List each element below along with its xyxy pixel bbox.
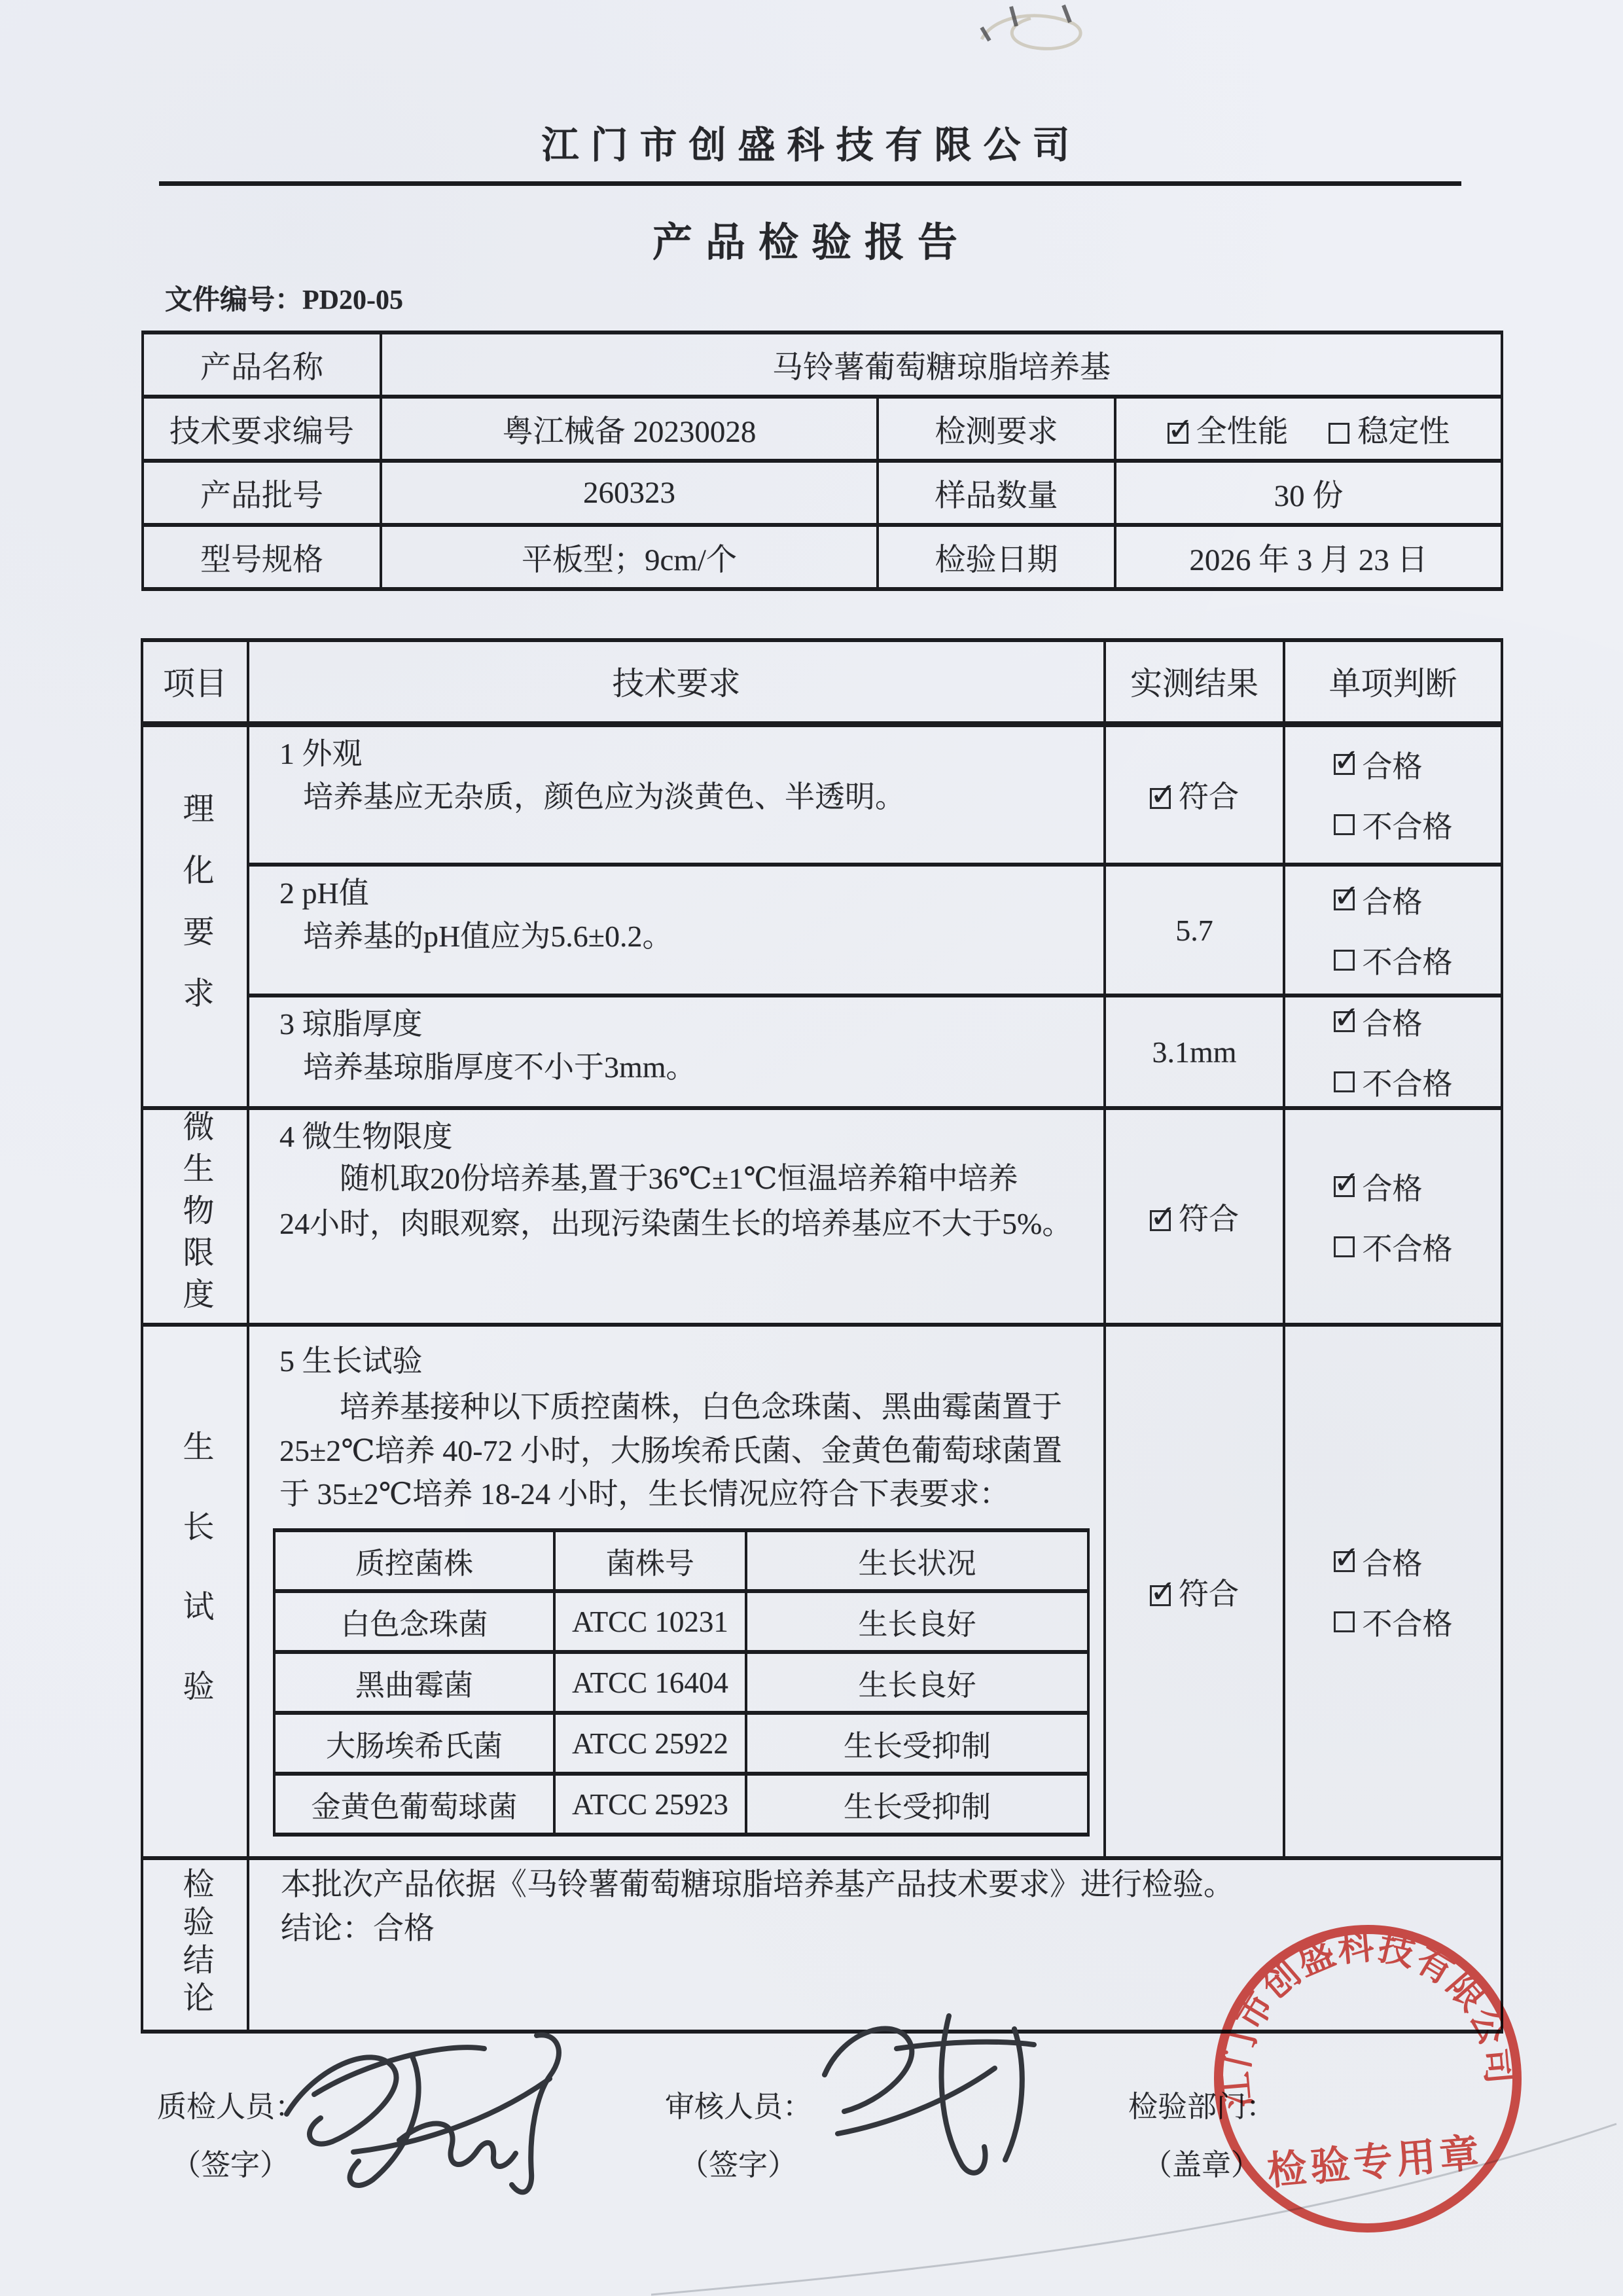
reviewer-signature (798, 1990, 1073, 2199)
table-row-growth: 生长试验 5 生长试验 培养基接种以下质控菌株，白色念珠菌、黑曲霉菌置于 25±… (142, 1325, 1502, 1858)
strain-no-col-header: 菌株号 (554, 1530, 746, 1591)
checkbox-unchecked-icon (1329, 423, 1349, 444)
judgement-micro: 合格 不合格 (1284, 1108, 1502, 1325)
company-name: 江门市创盛科技有限公司 (0, 115, 1623, 169)
checkbox-unchecked-icon (1334, 1611, 1355, 1632)
col-header-judgement: 单项判断 (1284, 640, 1502, 724)
result-ph: 5.7 (1105, 865, 1284, 996)
result-appearance: 符合 (1105, 724, 1284, 865)
table-row: 型号规格 平板型；9cm/个 检验日期 2026 年 3 月 23 日 (143, 525, 1502, 589)
checkbox-checked-icon (1334, 1176, 1355, 1197)
judgement-growth: 合格 不合格 (1284, 1325, 1502, 1858)
group-label-micro: 微生物限度 (142, 1108, 248, 1325)
stamp-ring-text: 江门市创盛科技有限公司 (1204, 1914, 1521, 2109)
requirement-appearance: 1 外观 培养基应无杂质，颜色应为淡黄色、半透明。 (248, 724, 1105, 865)
test-req-label: 检测要求 (878, 397, 1115, 461)
qc-signature (275, 2016, 589, 2232)
checkbox-checked-icon (1150, 1210, 1171, 1231)
model-label: 型号规格 (143, 525, 381, 589)
table-row: 黑曲霉菌 ATCC 16404 生长良好 (274, 1652, 1088, 1713)
group-label-growth: 生长试验 (142, 1325, 248, 1858)
result-table: 项目 技术要求 实测结果 单项判断 理化要求 1 外观 培养基应无杂质，颜色应为… (141, 638, 1503, 2034)
checkbox-checked-icon (1334, 889, 1355, 910)
strain-name: 金黄色葡萄球菌 (274, 1774, 554, 1835)
requirement-body: 培养基琼脂厚度不小于3mm。 (303, 1043, 1090, 1086)
col-header-result: 实测结果 (1105, 640, 1284, 724)
table-row: 金黄色葡萄球菌 ATCC 25923 生长受抑制 (274, 1774, 1088, 1835)
requirement-agar: 3 琼脂厚度 培养基琼脂厚度不小于3mm。 (248, 996, 1105, 1108)
checkbox-checked-icon (1334, 1551, 1355, 1572)
judgement-pass-label: 合格 (1363, 743, 1423, 786)
table-row: 技术要求编号 粤江械备 20230028 检测要求 全性能 稳定性 (143, 397, 1502, 461)
checkbox-unchecked-icon (1334, 1071, 1355, 1092)
growth-status: 生长受抑制 (746, 1774, 1088, 1835)
checkbox-checked-icon (1150, 788, 1171, 809)
reviewer-sub: （签字） (679, 2141, 812, 2183)
checkbox-unchecked-icon (1334, 814, 1355, 835)
company-inspection-stamp: 江门市创盛科技有限公司 检验专用章 (1190, 1901, 1545, 2256)
table-row-agar: 3 琼脂厚度 培养基琼脂厚度不小于3mm。 3.1mm 合格 不合格 (142, 996, 1502, 1108)
group-label-physchem: 理化要求 (142, 724, 248, 1108)
ink-speck-marks (982, 5, 1070, 41)
strain-name: 大肠埃希氏菌 (274, 1713, 554, 1774)
requirement-body-line2: 24小时，肉眼观察，出现污染菌生长的培养基应不大于5%。 (279, 1201, 1090, 1246)
date-value: 2026 年 3 月 23 日 (1115, 525, 1502, 589)
conclusion-basis: 本批次产品依据《马铃薯葡萄糖琼脂培养基产品技术要求》进行检验。 (281, 1860, 1488, 1904)
requirement-growth: 5 生长试验 培养基接种以下质控菌株，白色念珠菌、黑曲霉菌置于 25±2℃培养 … (248, 1325, 1105, 1858)
result-micro: 符合 (1105, 1108, 1284, 1325)
requirement-ph: 2 pH值 培养基的pH值应为5.6±0.2。 (248, 865, 1105, 996)
report-title: 产品检验报告 (0, 211, 1623, 268)
strain-name: 白色念珠菌 (274, 1591, 554, 1652)
judgement-fail-label: 不合格 (1363, 1060, 1453, 1103)
col-header-item: 项目 (142, 640, 248, 724)
reviewer-label: 审核人员： (665, 2083, 812, 2125)
judgement-pass-label: 合格 (1363, 1540, 1423, 1583)
product-name-label: 产品名称 (143, 332, 381, 397)
test-req-option-stability: 稳定性 (1357, 415, 1450, 449)
sample-qty-label: 样品数量 (878, 461, 1115, 525)
requirement-title: 4 微生物限度 (279, 1113, 1090, 1156)
table-row: 产品名称 马铃薯葡萄糖琼脂培养基 (143, 332, 1502, 397)
judgement-ph: 合格 不合格 (1284, 865, 1502, 996)
strain-number: ATCC 25922 (554, 1713, 746, 1774)
strain-number: ATCC 25923 (554, 1774, 746, 1835)
product-name-value: 马铃薯葡萄糖琼脂培养基 (381, 332, 1502, 397)
sample-qty-value: 30 份 (1115, 461, 1502, 525)
table-row-micro: 微生物限度 4 微生物限度 随机取20份培养基,置于36℃±1℃恒温培养箱中培养… (142, 1108, 1502, 1325)
strain-col-header: 质控菌株 (274, 1530, 554, 1591)
growth-status-col-header: 生长状况 (746, 1530, 1088, 1591)
test-req-option-full: 全性能 (1196, 415, 1289, 449)
judgement-fail-label: 不合格 (1363, 1600, 1453, 1643)
judgement-pass-label: 合格 (1363, 1000, 1423, 1043)
group-label-conclusion: 检验结论 (142, 1858, 248, 2032)
growth-status: 生长受抑制 (746, 1713, 1088, 1774)
checkbox-unchecked-icon (1334, 950, 1355, 971)
growth-status: 生长良好 (746, 1652, 1088, 1713)
document-number-value: PD20-05 (302, 285, 403, 315)
result-growth: 符合 (1105, 1325, 1284, 1858)
requirement-title: 3 琼脂厚度 (279, 1000, 1090, 1043)
document-number: 文件编号：PD20-05 (165, 278, 403, 317)
checkbox-unchecked-icon (1334, 1236, 1355, 1257)
requirement-body: 培养基的pH值应为5.6±0.2。 (303, 912, 1090, 956)
judgement-pass-label: 合格 (1363, 1165, 1423, 1208)
requirement-title: 2 pH值 (279, 869, 1090, 912)
test-req-value: 全性能 稳定性 (1115, 397, 1502, 461)
table-row-ph: 2 pH值 培养基的pH值应为5.6±0.2。 5.7 合格 不合格 (142, 865, 1502, 996)
judgement-fail-label: 不合格 (1363, 939, 1453, 982)
requirement-title: 5 生长试验 (279, 1337, 1090, 1380)
result-value: 符合 (1179, 780, 1239, 814)
strain-name: 黑曲霉菌 (274, 1652, 554, 1713)
growth-header-row: 质控菌株 菌株号 生长状况 (274, 1530, 1088, 1591)
document-number-label: 文件编号： (165, 285, 302, 315)
strain-number: ATCC 16404 (554, 1652, 746, 1713)
tech-req-value: 粤江械备 20230028 (381, 397, 878, 461)
table-row: 白色念珠菌 ATCC 10231 生长良好 (274, 1591, 1088, 1652)
table-row: 大肠埃希氏菌 ATCC 25922 生长受抑制 (274, 1713, 1088, 1774)
pencil-scribble-mark (982, 16, 1080, 49)
judgement-appearance: 合格 不合格 (1284, 724, 1502, 865)
tech-req-label: 技术要求编号 (143, 397, 381, 461)
header-divider (159, 181, 1461, 186)
model-value: 平板型；9cm/个 (381, 525, 878, 589)
product-info-table: 产品名称 马铃薯葡萄糖琼脂培养基 技术要求编号 粤江械备 20230028 检测… (141, 331, 1503, 591)
table-row: 产品批号 260323 样品数量 30 份 (143, 461, 1502, 525)
growth-strain-table: 质控菌株 菌株号 生长状况 白色念珠菌 ATCC 10231 生长良好 黑曲霉菌… (273, 1528, 1090, 1837)
requirement-title: 1 外观 (279, 730, 1090, 773)
result-agar: 3.1mm (1105, 996, 1284, 1108)
checkbox-checked-icon (1334, 754, 1355, 775)
reviewer-block: 审核人员： （签字） (665, 2083, 812, 2183)
scanned-report-page: 江门市创盛科技有限公司 产品检验报告 文件编号：PD20-05 产品名称 马铃薯… (0, 0, 1623, 2296)
strain-number: ATCC 10231 (554, 1591, 746, 1652)
checkbox-checked-icon (1168, 423, 1188, 444)
judgement-pass-label: 合格 (1363, 878, 1423, 922)
requirement-body-line1: 随机取20份培养基,置于36℃±1℃恒温培养箱中培养 (279, 1156, 1090, 1201)
col-header-requirement: 技术要求 (248, 640, 1105, 724)
result-header-row: 项目 技术要求 实测结果 单项判断 (142, 640, 1502, 724)
judgement-agar: 合格 不合格 (1284, 996, 1502, 1108)
checkbox-checked-icon (1150, 1585, 1171, 1606)
judgement-fail-label: 不合格 (1363, 803, 1453, 846)
result-value: 符合 (1179, 1202, 1239, 1236)
table-row-appearance: 理化要求 1 外观 培养基应无杂质，颜色应为淡黄色、半透明。 符合 合格 不合格 (142, 724, 1502, 865)
checkbox-checked-icon (1334, 1011, 1355, 1032)
batch-label: 产品批号 (143, 461, 381, 525)
growth-status: 生长良好 (746, 1591, 1088, 1652)
requirement-body: 培养基应无杂质，颜色应为淡黄色、半透明。 (303, 773, 1090, 816)
batch-value: 260323 (381, 461, 878, 525)
date-label: 检验日期 (878, 525, 1115, 589)
requirement-body: 培养基接种以下质控菌株，白色念珠菌、黑曲霉菌置于 25±2℃培养 40-72 小… (279, 1386, 1086, 1516)
judgement-fail-label: 不合格 (1363, 1225, 1453, 1268)
result-value: 符合 (1179, 1577, 1239, 1611)
requirement-micro: 4 微生物限度 随机取20份培养基,置于36℃±1℃恒温培养箱中培养 24小时，… (248, 1108, 1105, 1325)
stamp-center-text: 检验专用章 (1266, 2130, 1485, 2193)
